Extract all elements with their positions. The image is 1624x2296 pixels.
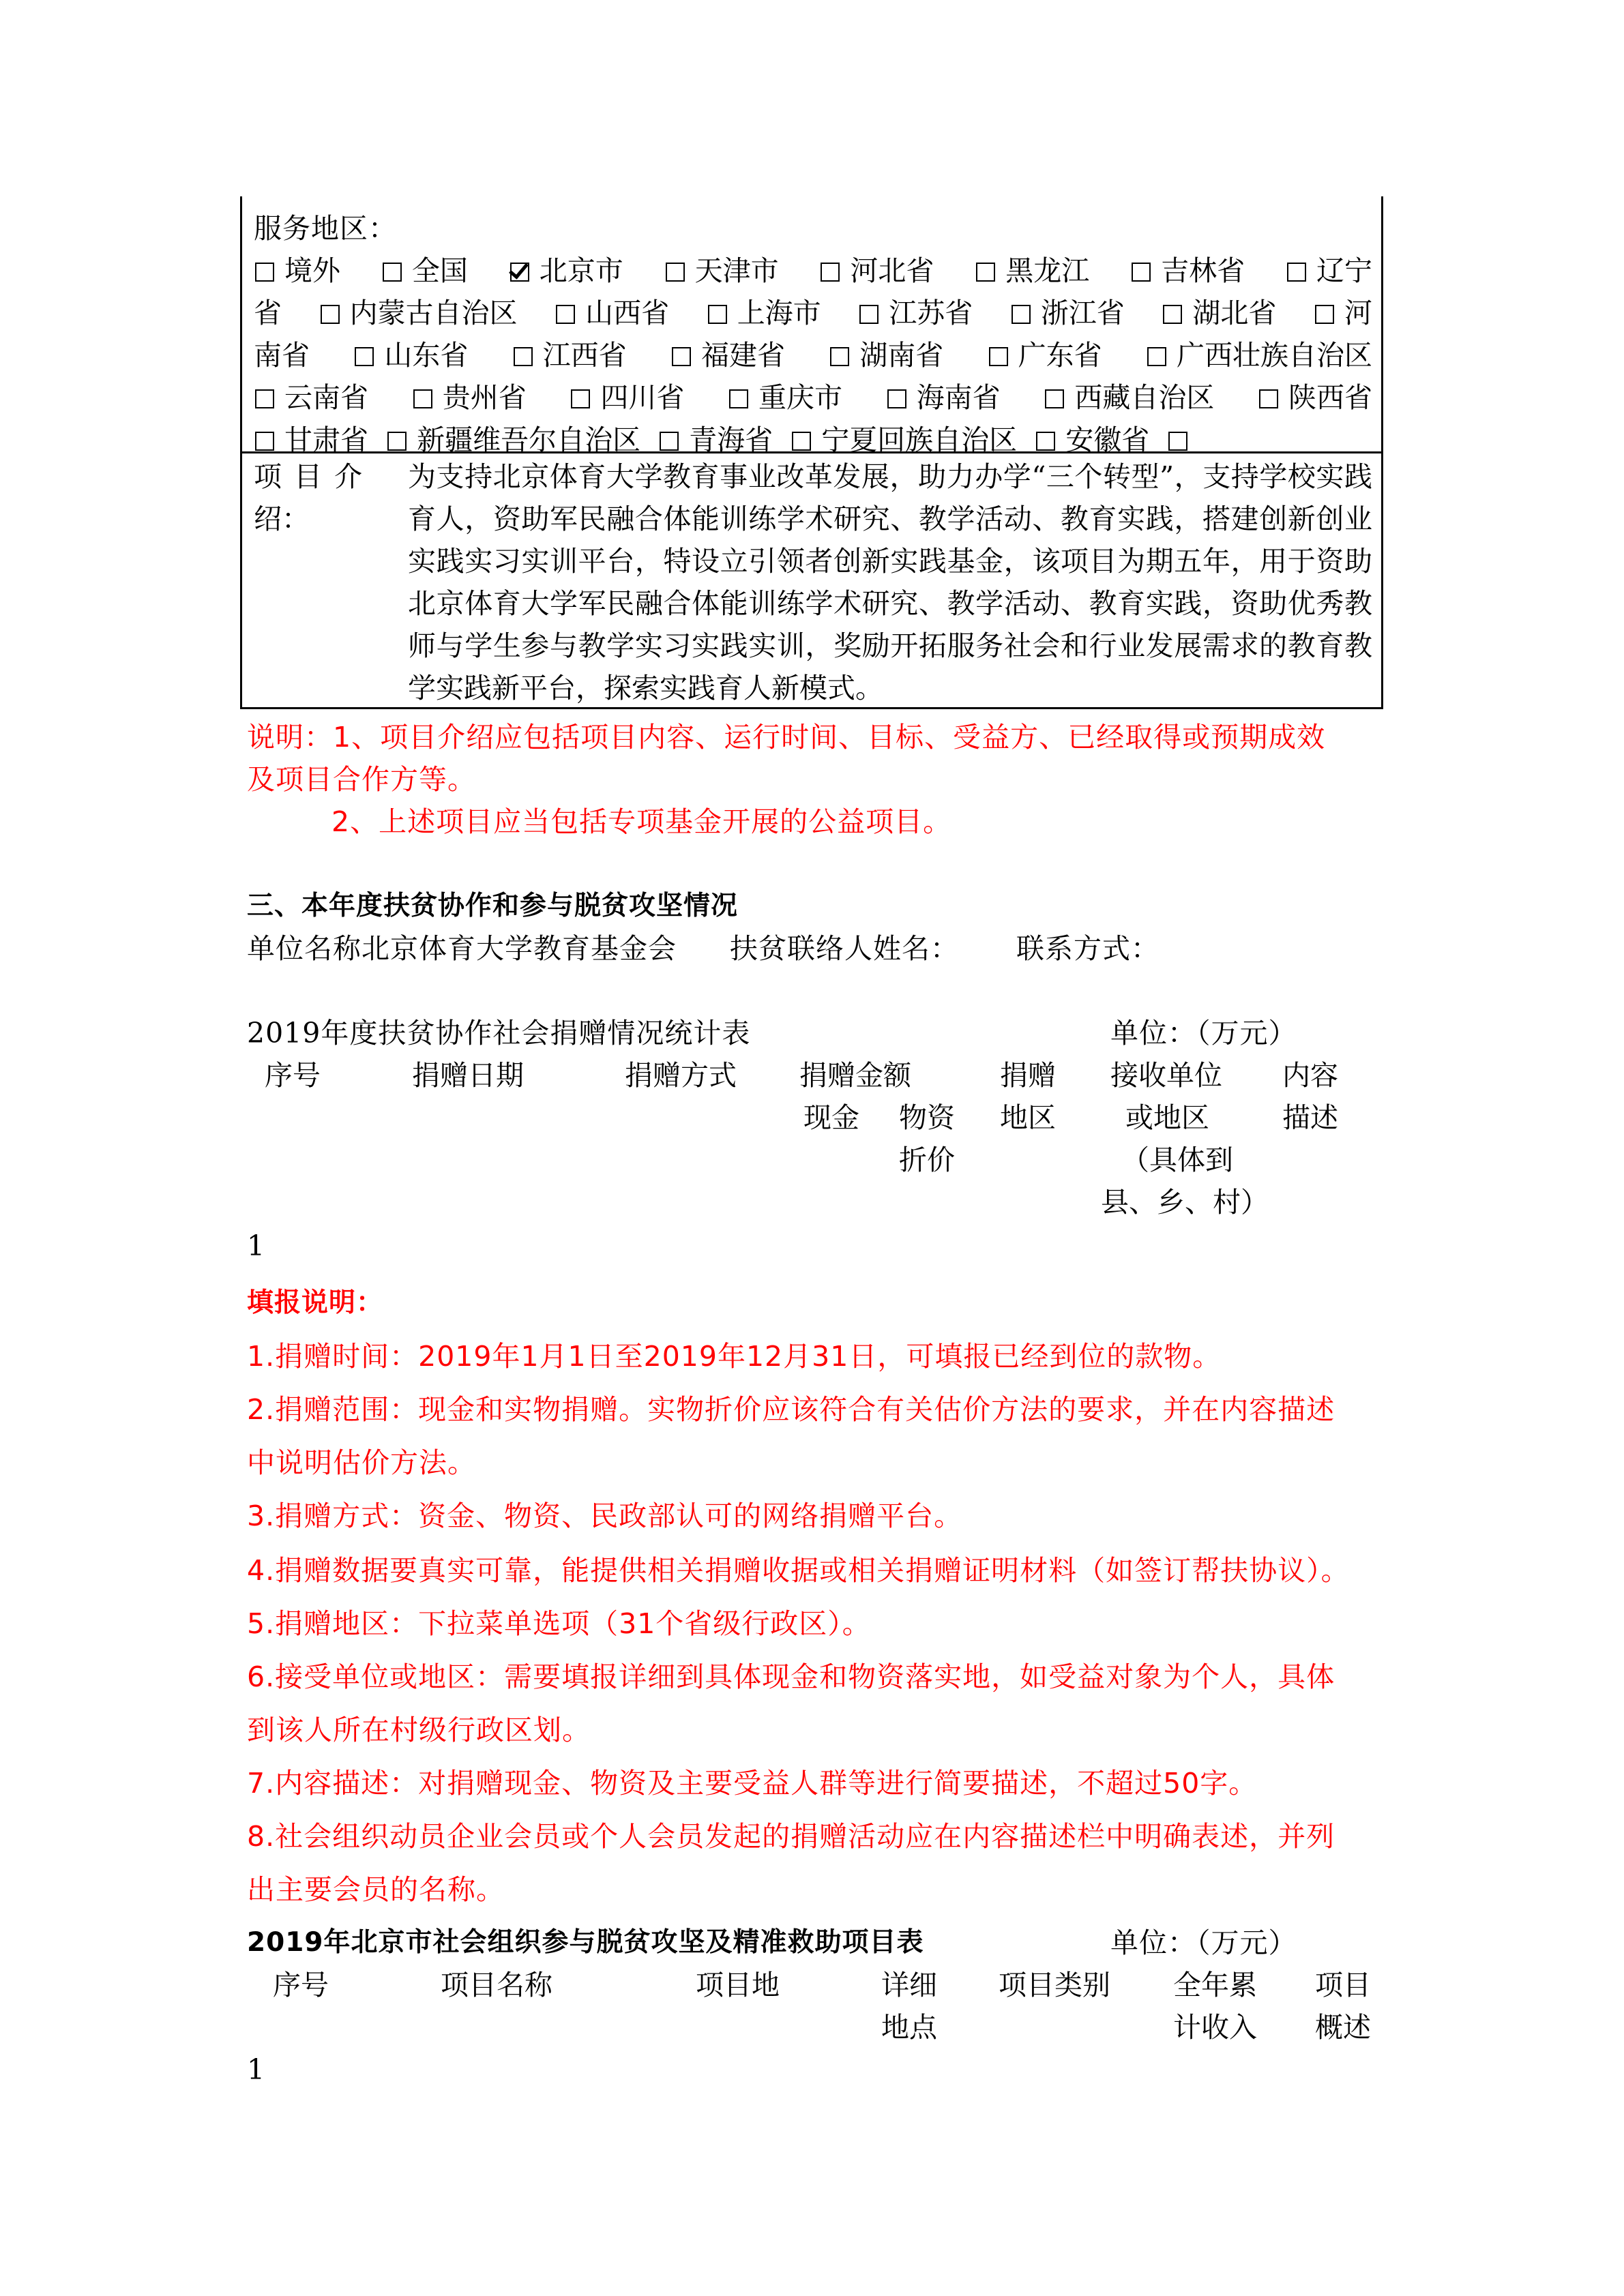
section-3-heading: 三、本年度扶贫协作和参与脱贫攻坚情况 (247, 885, 738, 927)
checkbox-qinghai[interactable] (660, 432, 679, 451)
instruction-item-2: 2.捐赠范围：现金和实物捐赠。实物折价应该符合有关估价方法的要求，并在内容描述 (247, 1388, 1335, 1431)
col-header-recipient-line2: 或地区 (1125, 1097, 1209, 1139)
checkbox-jingwai[interactable] (255, 263, 274, 282)
option-label: 湖南省 (859, 339, 943, 372)
col-header-date: 捐赠日期 (412, 1054, 524, 1097)
col-header-desc-line1: 内容 (1282, 1054, 1338, 1097)
col-header-detail-line1: 详细 (881, 1964, 937, 2006)
checkbox-hebei[interactable] (821, 263, 840, 282)
option-label: 全国 (412, 254, 468, 287)
checkbox-chongqing[interactable] (729, 389, 748, 408)
option-label: 山西省 (585, 297, 669, 329)
col-header-amount: 捐赠金额 (799, 1054, 911, 1097)
checkbox-yunnan[interactable] (255, 389, 274, 408)
checkbox-hunan[interactable] (830, 347, 849, 366)
project-table-unit: 单位：（万元） (1110, 1922, 1297, 1964)
option-label: 内蒙古自治区 (350, 297, 518, 329)
service-area-row-2: 省 内蒙古自治区 山西省 上海市 江苏省 浙江省 湖北省 河 (254, 292, 1372, 334)
project-intro-text: 为支持北京体育大学教育事业改革发展，助力办学“三个转型”，支持学校实践育人，资助… (408, 456, 1372, 709)
option-label: 西藏自治区 (1074, 381, 1214, 414)
option-label: 上海市 (737, 297, 821, 329)
col-header-recipient-line4: 县、乡、村） (1101, 1181, 1269, 1223)
col-header-detail-line2: 地点 (881, 2006, 937, 2048)
checkbox-quanguo[interactable] (383, 263, 402, 282)
checkbox-shandong[interactable] (355, 347, 374, 366)
donation-row-seq: 1 (247, 1225, 265, 1267)
instruction-item-7: 7.内容描述：对捐赠现金、物资及主要受益人群等进行简要描述，不超过50字。 (247, 1762, 1257, 1804)
col-header-overview-line1: 项目 (1315, 1964, 1371, 2006)
donation-table-title: 2019年度扶贫协作社会捐赠情况统计表 (247, 1012, 750, 1054)
col-header-name: 项目名称 (441, 1964, 552, 2006)
col-header-cash: 现金 (803, 1097, 859, 1139)
col-header-goods-line2: 折价 (899, 1139, 955, 1181)
checkbox-other[interactable] (1168, 432, 1187, 451)
org-name-label: 单位名称北京体育大学教育基金会 (247, 927, 677, 970)
option-label: 四川省 (600, 381, 684, 414)
option-label: 河 (1344, 297, 1372, 329)
checkbox-guizhou[interactable] (413, 389, 432, 408)
checkbox-sichuan[interactable] (571, 389, 590, 408)
service-area-label: 服务地区： (254, 207, 397, 250)
checkbox-jiangxi[interactable] (514, 347, 533, 366)
option-label: 云南省 (284, 381, 368, 414)
col-header-seq: 序号 (273, 1964, 329, 2006)
project-intro-label-line1: 项目介 (254, 456, 404, 498)
checkbox-jiangsu[interactable] (859, 305, 879, 324)
option-label: 宁夏回族自治区 (821, 423, 1017, 456)
col-header-recipient-line1: 接收单位 (1110, 1054, 1222, 1097)
instructions-heading: 填报说明： (247, 1282, 383, 1324)
checkbox-anhui[interactable] (1036, 432, 1055, 451)
service-area-row-3: 南省 山东省 江西省 福建省 湖南省 广东省 广西壮族自治区 (254, 334, 1372, 376)
col-header-desc-line2: 描述 (1282, 1097, 1338, 1139)
checkbox-henan[interactable] (1315, 305, 1334, 324)
project-row-seq: 1 (247, 2048, 265, 2091)
option-label: 重庆市 (758, 381, 842, 414)
checkbox-xinjiang[interactable] (387, 432, 407, 451)
col-header-overview-line2: 概述 (1315, 2006, 1371, 2048)
col-header-method: 捐赠方式 (625, 1054, 737, 1097)
option-label: 江苏省 (889, 297, 973, 329)
instruction-item-6: 6.接受单位或地区：需要填报详细到具体现金和物资落实地，如受益对象为个人，具体 (247, 1656, 1335, 1698)
instruction-item-8-cont: 出主要会员的名称。 (247, 1868, 505, 1911)
option-label: 贵州省 (443, 381, 527, 414)
service-area-row-1: 境外 全国 北京市 天津市 河北省 黑龙江 吉林省 辽宁 (254, 250, 1372, 292)
option-label: 福建省 (701, 339, 785, 372)
col-header-category: 项目类别 (999, 1964, 1110, 2006)
option-label: 青海省 (689, 423, 773, 456)
checkbox-guangxi[interactable] (1147, 347, 1166, 366)
checkbox-hubei[interactable] (1163, 305, 1182, 324)
project-intro-label-line2: 绍： (254, 498, 404, 540)
option-label: 天津市 (695, 254, 779, 287)
option-label: 海南省 (917, 381, 1001, 414)
project-table-title: 2019年北京市社会组织参与脱贫攻坚及精准救助项目表 (247, 1922, 924, 1964)
note-line-1: 说明：1、项目介绍应包括项目内容、运行时间、目标、受益方、已经取得或预期成效 (247, 716, 1325, 758)
option-label: 陕西省 (1288, 381, 1372, 414)
instruction-item-5: 5.捐赠地区：下拉菜单选项（31个省级行政区）。 (247, 1602, 871, 1645)
checkbox-ningxia[interactable] (792, 432, 811, 451)
checkbox-xizang[interactable] (1045, 389, 1064, 408)
checkbox-guangdong[interactable] (989, 347, 1008, 366)
checkbox-gansu[interactable] (255, 432, 274, 451)
checkbox-tianjin[interactable] (666, 263, 685, 282)
option-label: 新疆维吾尔自治区 (417, 423, 640, 456)
option-label: 广东省 (1018, 339, 1102, 372)
instruction-item-3: 3.捐赠方式：资金、物资、民政部认可的网络捐赠平台。 (247, 1495, 962, 1537)
instruction-item-1: 1.捐赠时间：2019年1月1日至2019年12月31日，可填报已经到位的款物。 (247, 1335, 1221, 1377)
option-label: 南省 (254, 334, 310, 376)
instruction-item-8: 8.社会组织动员企业会员或个人会员发起的捐赠活动应在内容描述栏中明确表述，并列 (247, 1815, 1335, 1858)
option-label: 湖北省 (1192, 297, 1276, 329)
option-label: 安徽省 (1065, 423, 1149, 456)
instruction-item-4: 4.捐赠数据要真实可靠，能提供相关捐赠收据或相关捐赠证明材料（如签订帮扶协议）。 (247, 1549, 1350, 1592)
checkbox-jilin[interactable] (1132, 263, 1151, 282)
contact-person-label: 扶贫联络人姓名： (730, 927, 959, 970)
note-line-3: 2、上述项目应当包括专项基金开展的公益项目。 (331, 801, 951, 843)
instruction-item-2-cont: 中说明估价方法。 (247, 1442, 476, 1484)
option-label: 江西省 (543, 339, 627, 372)
checkbox-shanxi[interactable] (556, 305, 575, 324)
option-label: 辽宁 (1316, 254, 1372, 287)
col-header-income-line2: 计收入 (1173, 2006, 1257, 2048)
option-label: 广西壮族自治区 (1177, 339, 1372, 372)
option-label: 吉林省 (1161, 254, 1245, 287)
checkbox-heilongjiang[interactable] (976, 263, 995, 282)
checkbox-fujian[interactable] (672, 347, 691, 366)
note-line-2: 及项目合作方等。 (247, 758, 476, 801)
option-label: 境外 (284, 254, 340, 287)
service-area-row-4: 云南省 贵州省 四川省 重庆市 海南省 西藏自治区 陕西省 (254, 376, 1372, 419)
service-area-row-5: 甘肃省 新疆维吾尔自治区 青海省 宁夏回族自治区 安徽省 (254, 419, 1290, 461)
checkbox-shanghai[interactable] (708, 305, 727, 324)
instruction-item-6-cont: 到该人所在村级行政区划。 (247, 1709, 591, 1751)
checkbox-liaoning[interactable] (1287, 263, 1306, 282)
project-intro-label: 项目介 绍： (254, 456, 404, 540)
checkbox-neimenggu[interactable] (321, 305, 340, 324)
contact-method-label: 联系方式： (1016, 927, 1160, 970)
col-header-seq: 序号 (265, 1054, 321, 1097)
option-label: 河北省 (850, 254, 934, 287)
col-header-region-line1: 捐赠 (1000, 1054, 1056, 1097)
option-label: 浙江省 (1041, 297, 1125, 329)
col-header-income-line1: 全年累 (1173, 1964, 1257, 2006)
option-label: 甘肃省 (284, 423, 368, 456)
donation-table-unit: 单位：（万元） (1110, 1012, 1297, 1054)
checkbox-shaanxi[interactable] (1259, 389, 1278, 408)
col-header-recipient-line3: （具体到 (1121, 1139, 1233, 1181)
option-label: 山东省 (384, 339, 468, 372)
checkbox-beijing-checked[interactable] (510, 263, 529, 282)
col-header-location: 项目地 (696, 1964, 780, 2006)
col-header-goods-line1: 物资 (899, 1097, 955, 1139)
option-label: 黑龙江 (1005, 254, 1089, 287)
option-label: 省 (254, 292, 282, 334)
checkbox-zhejiang[interactable] (1012, 305, 1031, 324)
option-label: 北京市 (540, 254, 623, 287)
col-header-region-line2: 地区 (1000, 1097, 1056, 1139)
checkbox-hainan[interactable] (887, 389, 906, 408)
